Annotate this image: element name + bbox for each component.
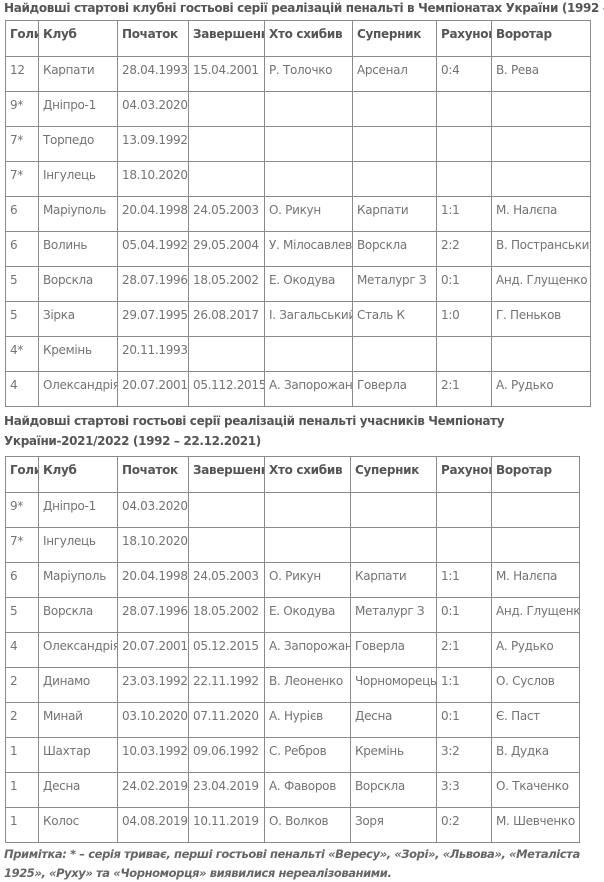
cell-goalkeeper: О. Ткаченко: [492, 773, 580, 808]
table1-body: 12Карпати28.04.199315.04.2001Р. ТолочкоА…: [6, 57, 591, 407]
cell-missed-by: Е. Окодува: [265, 598, 351, 633]
cell-goals: 4*: [6, 337, 39, 372]
cell-club: Дніпро-1: [39, 92, 118, 127]
column-header-score: Рахунок: [437, 457, 492, 493]
cell-opponent: Ворскла: [351, 773, 437, 808]
cell-score: 1:1: [437, 197, 492, 232]
cell-end: 07.11.2020: [189, 703, 265, 738]
table-row: 1Десна24.02.201923.04.2019А. ФаворовВорс…: [6, 773, 580, 808]
table-row: 9*Дніпро-104.03.2020: [6, 92, 591, 127]
footnote: Примітка: * – серія триває, перші гостьо…: [4, 845, 604, 882]
column-header-opponent: Суперник: [353, 21, 437, 57]
column-header-score: Рахунок: [437, 21, 492, 57]
cell-goals: 1: [6, 773, 39, 808]
cell-score: [437, 162, 492, 197]
cell-start: 18.10.2020: [118, 528, 189, 563]
cell-goals: 5: [6, 598, 39, 633]
cell-goalkeeper: А. Рудько: [492, 633, 580, 668]
table-row: 6Волинь05.04.199229.05.2004У. Мілосавлев…: [6, 232, 591, 267]
cell-opponent: Говерла: [353, 372, 437, 407]
current-participants-away-penalty-series-table: Голи Клуб Початок Завершення Хто схибив …: [5, 456, 580, 843]
cell-goalkeeper: А. Рудько: [492, 372, 591, 407]
cell-goalkeeper: В. Рева: [492, 57, 591, 92]
cell-start: 13.09.1992: [118, 127, 189, 162]
table-row: 5Ворскла28.07.199618.05.2002Е. ОкодуваМе…: [6, 267, 591, 302]
cell-missed-by: О. Рикун: [265, 563, 351, 598]
column-header-start: Початок: [118, 21, 189, 57]
table-row: 1Шахтар10.03.199209.06.1992С. РебровКрем…: [6, 738, 580, 773]
cell-score: 3:2: [437, 738, 492, 773]
cell-end: [189, 493, 265, 528]
column-header-goals: Голи: [6, 457, 39, 493]
cell-score: 1:1: [437, 668, 492, 703]
column-header-missed-by: Хто схибив: [265, 21, 353, 57]
cell-club: Кремінь: [39, 337, 118, 372]
table-row: 2Минай03.10.202007.11.2020А. НурієвДесна…: [6, 703, 580, 738]
cell-start: 20.07.2001: [118, 633, 189, 668]
cell-goals: 5: [6, 302, 39, 337]
cell-goalkeeper: М. Налєпа: [492, 563, 580, 598]
cell-goals: 12: [6, 57, 39, 92]
cell-missed-by: [265, 493, 351, 528]
cell-start: 29.07.1995: [118, 302, 189, 337]
cell-goalkeeper: [492, 528, 580, 563]
cell-missed-by: О. Волков: [265, 808, 351, 843]
longest-club-away-penalty-series-table: Голи Клуб Початок Завершення Хто схибив …: [5, 20, 591, 407]
cell-goalkeeper: М. Шевченко: [492, 808, 580, 843]
cell-goals: 2: [6, 703, 39, 738]
cell-end: 05.12.2015: [189, 633, 265, 668]
cell-start: 24.02.2019: [118, 773, 189, 808]
table-header-row: Голи Клуб Початок Завершення Хто схибив …: [6, 21, 591, 57]
cell-opponent: Чорноморець: [351, 668, 437, 703]
table-row: 6Маріуполь20.04.199824.05.2003О. РикунКа…: [6, 197, 591, 232]
table-row: 1Колос04.08.201910.11.2019О. ВолковЗоря0…: [6, 808, 580, 843]
cell-end: 10.11.2019: [189, 808, 265, 843]
cell-club: Інгулець: [39, 162, 118, 197]
column-header-end: Завершення: [189, 21, 265, 57]
table-row: 6Маріуполь20.04.199824.05.2003О. РикунКа…: [6, 563, 580, 598]
cell-end: 09.06.1992: [189, 738, 265, 773]
cell-missed-by: Е. Окодува: [265, 267, 353, 302]
cell-missed-by: А. Фаворов: [265, 773, 351, 808]
cell-start: 05.04.1992: [118, 232, 189, 267]
cell-goalkeeper: [492, 127, 591, 162]
table-row: 7*Торпедо13.09.1992: [6, 127, 591, 162]
cell-end: [189, 162, 265, 197]
cell-start: 28.04.1993: [118, 57, 189, 92]
cell-goals: 7*: [6, 162, 39, 197]
cell-goals: 9*: [6, 493, 39, 528]
cell-missed-by: А. Нурієв: [265, 703, 351, 738]
cell-goalkeeper: Анд. Глущенко: [492, 267, 591, 302]
cell-opponent: Сталь К: [353, 302, 437, 337]
cell-goals: 5: [6, 267, 39, 302]
cell-goalkeeper: [492, 493, 580, 528]
cell-club: Колос: [39, 808, 118, 843]
cell-score: 2:1: [437, 372, 492, 407]
cell-score: 2:1: [437, 633, 492, 668]
cell-club: Зірка: [39, 302, 118, 337]
cell-club: Шахтар: [39, 738, 118, 773]
cell-goals: 1: [6, 808, 39, 843]
cell-end: 22.11.1992: [189, 668, 265, 703]
cell-club: Дніпро-1: [39, 493, 118, 528]
table2-body: 9*Дніпро-104.03.20207*Інгулець18.10.2020…: [6, 493, 580, 843]
cell-start: 03.10.2020: [118, 703, 189, 738]
cell-missed-by: [265, 162, 353, 197]
cell-end: 29.05.2004: [189, 232, 265, 267]
cell-score: [437, 127, 492, 162]
cell-score: 0:4: [437, 57, 492, 92]
cell-end: [189, 337, 265, 372]
cell-goalkeeper: Є. Паст: [492, 703, 580, 738]
cell-start: 04.03.2020: [118, 92, 189, 127]
cell-club: Інгулець: [39, 528, 118, 563]
cell-start: 28.07.1996: [118, 598, 189, 633]
cell-start: 10.03.1992: [118, 738, 189, 773]
cell-club: Олександрія: [39, 633, 118, 668]
cell-opponent: Металург З: [351, 598, 437, 633]
cell-club: Торпедо: [39, 127, 118, 162]
cell-goalkeeper: [492, 92, 591, 127]
cell-club: Десна: [39, 773, 118, 808]
table-row: 9*Дніпро-104.03.2020: [6, 493, 580, 528]
cell-score: [437, 92, 492, 127]
cell-start: 04.03.2020: [118, 493, 189, 528]
cell-end: [189, 127, 265, 162]
column-header-missed-by: Хто схибив: [265, 457, 351, 493]
cell-goals: 9*: [6, 92, 39, 127]
table-row: 12Карпати28.04.199315.04.2001Р. ТолочкоА…: [6, 57, 591, 92]
cell-end: 24.05.2003: [189, 563, 265, 598]
cell-goalkeeper: В. Дудка: [492, 738, 580, 773]
cell-opponent: Десна: [351, 703, 437, 738]
cell-goals: 7*: [6, 127, 39, 162]
column-header-club: Клуб: [39, 457, 118, 493]
cell-end: 26.08.2017: [189, 302, 265, 337]
cell-end: 15.04.2001: [189, 57, 265, 92]
cell-club: Ворскла: [39, 267, 118, 302]
cell-goalkeeper: М. Налєпа: [492, 197, 591, 232]
cell-score: 1:1: [437, 563, 492, 598]
cell-end: 05.112.2015: [189, 372, 265, 407]
table-row: 5Зірка29.07.199526.08.2017І. Загальський…: [6, 302, 591, 337]
cell-opponent: Зоря: [351, 808, 437, 843]
cell-goals: 1: [6, 738, 39, 773]
cell-start: 20.11.1993: [118, 337, 189, 372]
cell-score: [437, 493, 492, 528]
cell-missed-by: У. Мілосавлевич: [265, 232, 353, 267]
cell-club: Маріуполь: [39, 563, 118, 598]
cell-end: 23.04.2019: [189, 773, 265, 808]
cell-opponent: [351, 528, 437, 563]
cell-score: 3:3: [437, 773, 492, 808]
column-header-goalkeeper: Воротар: [492, 21, 591, 57]
cell-club: Карпати: [39, 57, 118, 92]
cell-opponent: Арсенал: [353, 57, 437, 92]
table-row: 2Динамо23.03.199222.11.1992В. ЛеоненкоЧо…: [6, 668, 580, 703]
cell-missed-by: А. Запорожан: [265, 633, 351, 668]
table-row: 7*Інгулець18.10.2020: [6, 528, 580, 563]
column-header-opponent: Суперник: [351, 457, 437, 493]
column-header-start: Початок: [118, 457, 189, 493]
cell-opponent: [353, 92, 437, 127]
cell-score: 1:0: [437, 302, 492, 337]
cell-score: 0:1: [437, 267, 492, 302]
cell-opponent: Металург З: [353, 267, 437, 302]
cell-missed-by: О. Рикун: [265, 197, 353, 232]
cell-club: Минай: [39, 703, 118, 738]
cell-goalkeeper: О. Суслов: [492, 668, 580, 703]
cell-score: [437, 337, 492, 372]
cell-score: [437, 528, 492, 563]
cell-club: Волинь: [39, 232, 118, 267]
cell-start: 20.04.1998: [118, 197, 189, 232]
cell-missed-by: В. Леоненко: [265, 668, 351, 703]
cell-goals: 4: [6, 372, 39, 407]
cell-opponent: [353, 162, 437, 197]
cell-club: Маріуполь: [39, 197, 118, 232]
cell-missed-by: [265, 92, 353, 127]
cell-missed-by: С. Ребров: [265, 738, 351, 773]
cell-club: Динамо: [39, 668, 118, 703]
cell-start: 20.07.2001: [118, 372, 189, 407]
cell-opponent: Кремінь: [351, 738, 437, 773]
column-header-club: Клуб: [39, 21, 118, 57]
cell-start: 23.03.1992: [118, 668, 189, 703]
column-header-end: Завершення: [189, 457, 265, 493]
cell-opponent: Карпати: [353, 197, 437, 232]
table-row: 4Олександрія20.07.200105.12.2015А. Запор…: [6, 633, 580, 668]
table-header-row: Голи Клуб Початок Завершення Хто схибив …: [6, 457, 580, 493]
cell-start: 04.08.2019: [118, 808, 189, 843]
cell-opponent: Говерла: [351, 633, 437, 668]
cell-start: 18.10.2020: [118, 162, 189, 197]
table-row: 5Ворскла28.07.199618.05.2002Е. ОкодуваМе…: [6, 598, 580, 633]
cell-club: Олександрія: [39, 372, 118, 407]
cell-score: 0:2: [437, 808, 492, 843]
cell-end: 18.05.2002: [189, 267, 265, 302]
cell-goals: 4: [6, 633, 39, 668]
cell-goals: 7*: [6, 528, 39, 563]
cell-score: 2:2: [437, 232, 492, 267]
cell-missed-by: А. Запорожан: [265, 372, 353, 407]
cell-club: Ворскла: [39, 598, 118, 633]
cell-opponent: [353, 337, 437, 372]
cell-goals: 6: [6, 563, 39, 598]
cell-missed-by: [265, 127, 353, 162]
cell-opponent: [353, 127, 437, 162]
cell-end: 24.05.2003: [189, 197, 265, 232]
cell-score: 0:1: [437, 598, 492, 633]
cell-goalkeeper: [492, 162, 591, 197]
cell-goals: 6: [6, 197, 39, 232]
table-row: 4Олександрія20.07.200105.112.2015А. Запо…: [6, 372, 591, 407]
column-header-goalkeeper: Воротар: [492, 457, 580, 493]
column-header-goals: Голи: [6, 21, 39, 57]
cell-end: 18.05.2002: [189, 598, 265, 633]
cell-goalkeeper: Г. Пеньков: [492, 302, 591, 337]
cell-opponent: [351, 493, 437, 528]
cell-goalkeeper: [492, 337, 591, 372]
cell-end: [189, 528, 265, 563]
cell-goalkeeper: В. Постранський: [492, 232, 591, 267]
table2-caption: Найдовші стартові гостьові серії реаліза…: [4, 411, 600, 451]
cell-goals: 6: [6, 232, 39, 267]
table-row: 4*Кремінь20.11.1993: [6, 337, 591, 372]
cell-start: 28.07.1996: [118, 267, 189, 302]
cell-missed-by: [265, 528, 351, 563]
cell-end: [189, 92, 265, 127]
cell-missed-by: І. Загальський: [265, 302, 353, 337]
cell-opponent: Карпати: [351, 563, 437, 598]
table-row: 7*Інгулець18.10.2020: [6, 162, 591, 197]
cell-goalkeeper: Анд. Глущенко: [492, 598, 580, 633]
cell-start: 20.04.1998: [118, 563, 189, 598]
cell-opponent: Ворскла: [353, 232, 437, 267]
cell-goals: 2: [6, 668, 39, 703]
cell-score: 0:1: [437, 703, 492, 738]
cell-missed-by: Р. Толочко: [265, 57, 353, 92]
cell-missed-by: [265, 337, 353, 372]
table1-caption: Найдовші стартові клубні гостьові серії …: [4, 0, 604, 18]
